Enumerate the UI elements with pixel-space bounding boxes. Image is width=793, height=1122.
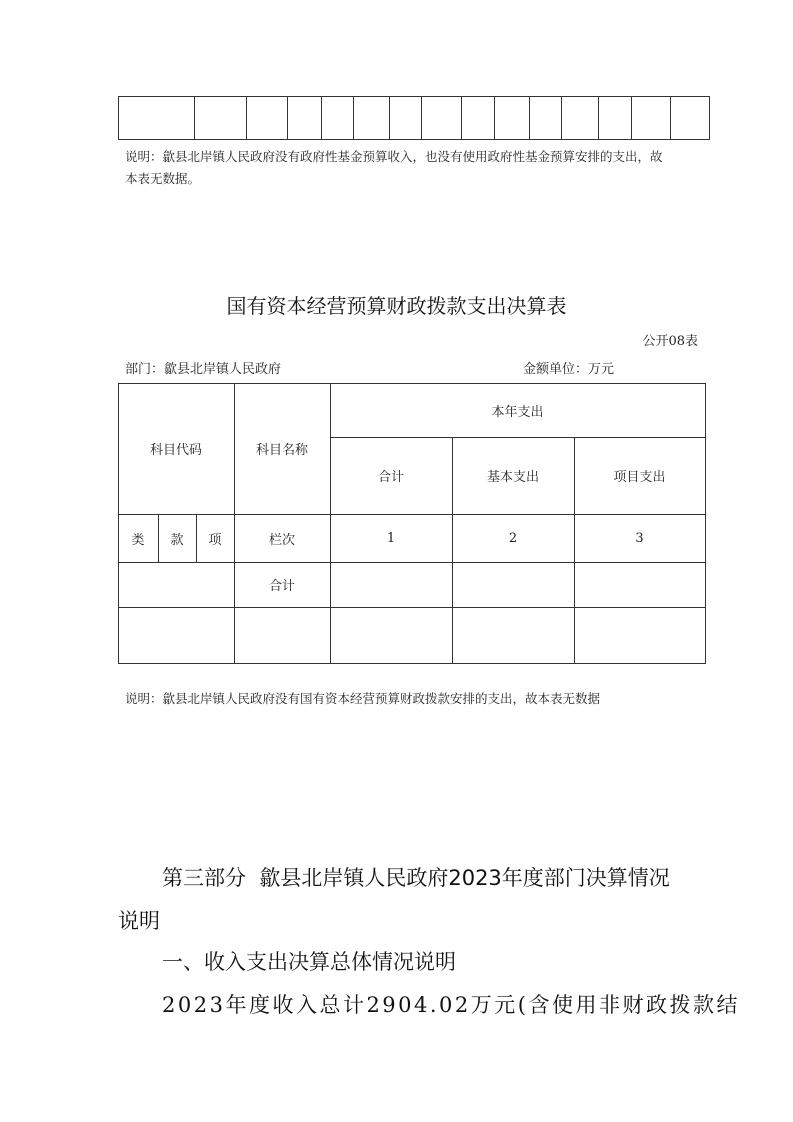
header-section: 款 xyxy=(158,514,196,562)
table-row-total-sum xyxy=(330,562,452,607)
table-row-total-code xyxy=(118,562,234,607)
department-label: 部门：歙县北岸镇人民政府 xyxy=(125,358,281,377)
state-capital-expense-table: 科目代码 科目名称 本年支出 合计 基本支出 项目支出 类 款 项 栏次 1 2… xyxy=(118,383,706,664)
header-item: 项 xyxy=(196,514,234,562)
part3-heading-line-2: 说明 xyxy=(118,905,160,935)
table-row-name xyxy=(234,607,330,663)
header-subject-name: 科目名称 xyxy=(234,383,330,514)
header-basic-expense: 基本支出 xyxy=(452,437,574,514)
table-row-basic xyxy=(452,607,574,663)
table2-note: 说明：歙县北岸镇人民政府没有国有资本经营预算财政拨款安排的支出，故本表无数据 xyxy=(125,688,600,710)
government-fund-table xyxy=(118,96,710,140)
table-number: 公开08表 xyxy=(642,330,698,349)
unit-label: 金额单位：万元 xyxy=(523,358,614,377)
header-current-year-expense: 本年支出 xyxy=(330,383,705,437)
table-row-total-basic xyxy=(452,562,574,607)
header-category: 类 xyxy=(118,514,158,562)
income-paragraph: 2023年度收入总计2904.02万元(含使用非财政拨款结 xyxy=(162,989,740,1019)
top-table-note: 说明：歙县北岸镇人民政府没有政府性基金预算收入，也没有使用政府性基金预算安排的支… xyxy=(125,146,725,190)
column-number-2: 2 xyxy=(452,514,574,562)
header-project-expense: 项目支出 xyxy=(574,437,705,514)
table-row-code xyxy=(118,607,234,663)
part3-heading-line-1: 第三部分 歙县北岸镇人民政府2023年度部门决算情况 xyxy=(162,862,670,892)
header-subject-code: 科目代码 xyxy=(118,383,234,514)
header-total: 合计 xyxy=(330,437,452,514)
table-row-total-project xyxy=(574,562,705,607)
top-note-line-1: 说明：歙县北岸镇人民政府没有政府性基金预算收入，也没有使用政府性基金预算安排的支… xyxy=(125,146,725,168)
table-row-total-name: 合计 xyxy=(234,562,330,607)
table2-title: 国有资本经营预算财政拨款支出决算表 xyxy=(0,290,793,319)
column-number-1: 1 xyxy=(330,514,452,562)
table-row-project xyxy=(574,607,705,663)
table-row-sum xyxy=(330,607,452,663)
section1-heading: 一、收入支出决算总体情况说明 xyxy=(162,946,456,976)
header-column-no: 栏次 xyxy=(234,514,330,562)
top-note-line-2: 本表无数据。 xyxy=(125,168,725,190)
column-number-3: 3 xyxy=(574,514,705,562)
